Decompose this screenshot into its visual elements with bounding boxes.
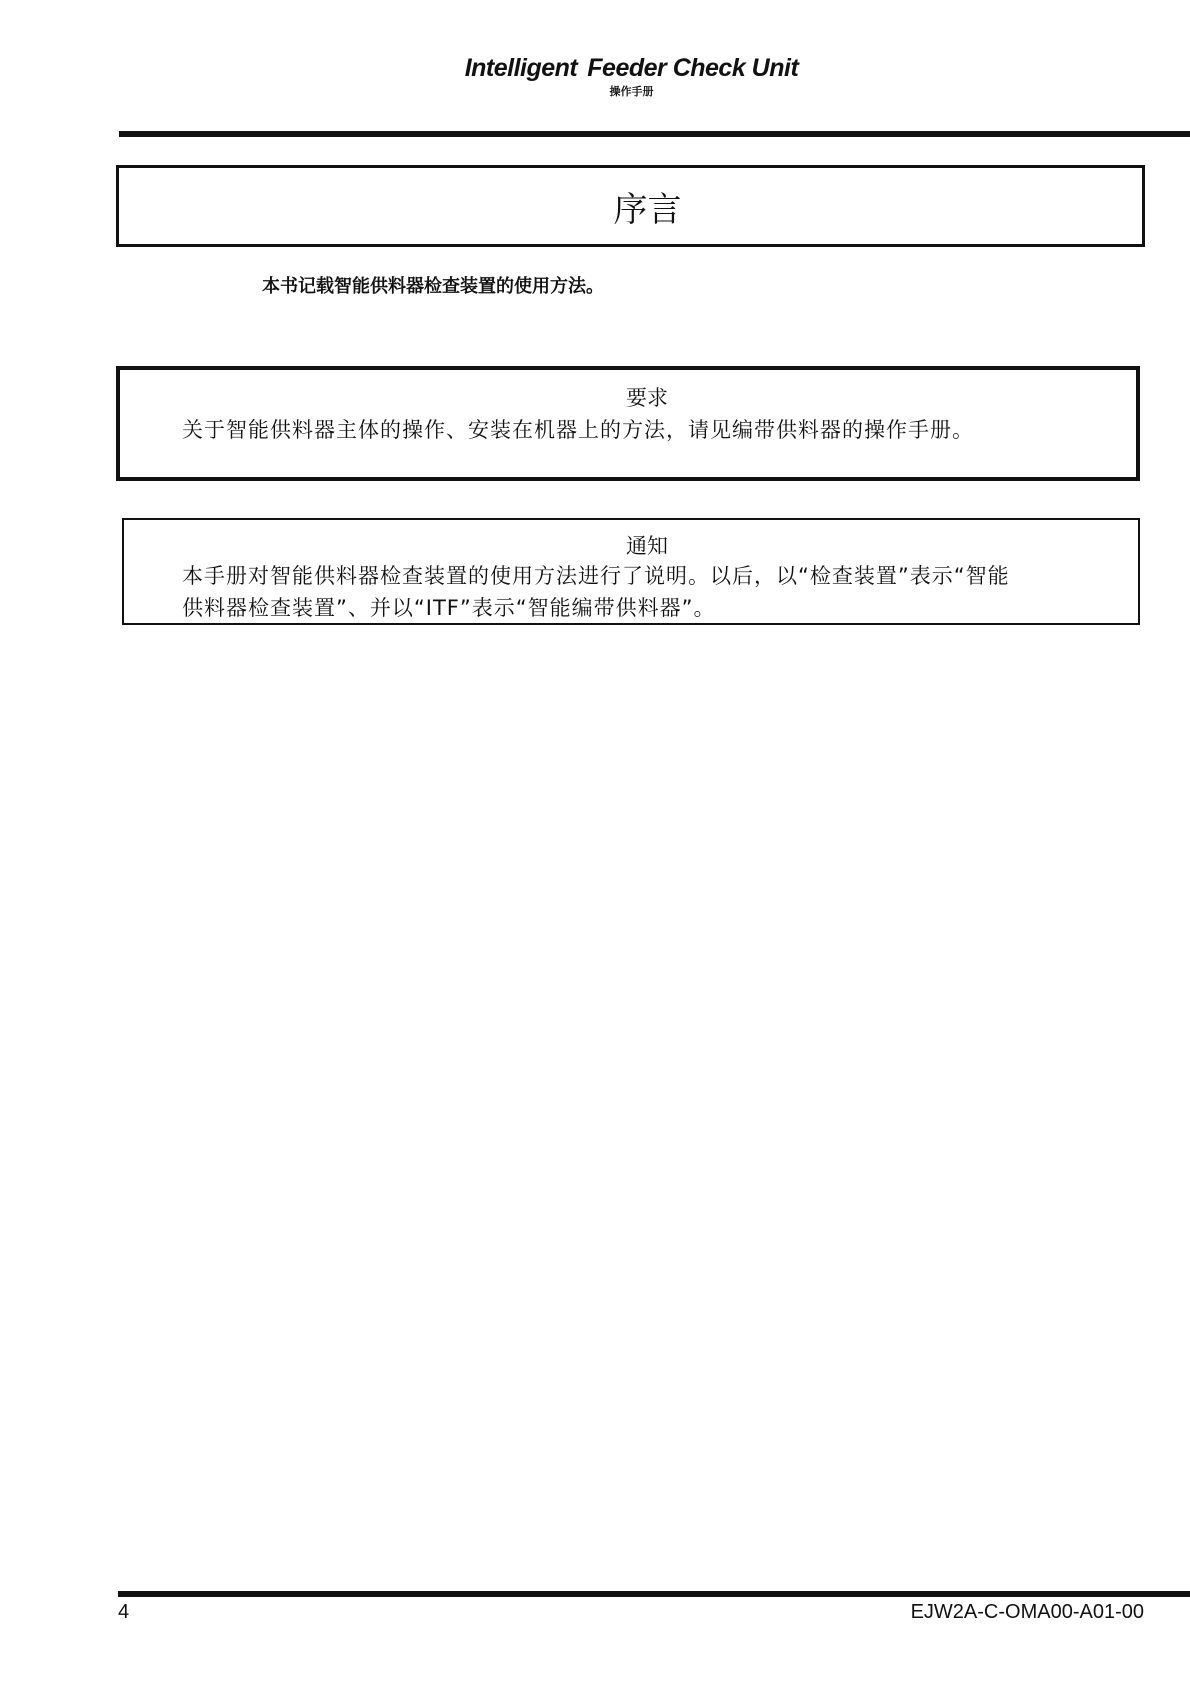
requirement-heading: 要求 (120, 382, 1136, 412)
requirement-body: 关于智能供料器主体的操作、安装在机器上的方法，请见编带供料器的操作手册。 (182, 414, 974, 444)
header-divider (119, 131, 1190, 137)
section-title-box: 序言 (116, 165, 1145, 247)
notice-line-1: 本手册对智能供料器检查装置的使用方法进行了说明。以后，以“检查装置”表示“智能 (182, 560, 1010, 592)
notice-body: 本手册对智能供料器检查装置的使用方法进行了说明。以后，以“检查装置”表示“智能 … (182, 560, 1010, 624)
header-title-part1: Intelligent (465, 54, 578, 82)
footer-divider (118, 1591, 1190, 1597)
requirement-box: 要求 关于智能供料器主体的操作、安装在机器上的方法，请见编带供料器的操作手册。 (116, 366, 1140, 481)
intro-paragraph: 本书记载智能供料器检查装置的使用方法。 (262, 272, 604, 298)
page-number: 4 (118, 1601, 129, 1624)
notice-box: 通知 本手册对智能供料器检查装置的使用方法进行了说明。以后，以“检查装置”表示“… (122, 518, 1140, 625)
header-title-part2: Feeder Check Unit (587, 54, 798, 82)
document-header-title: IntelligentFeeder Check Unit (0, 54, 1190, 83)
document-header-subtitle: 操作手册 (0, 83, 1190, 99)
section-title: 序言 (614, 182, 682, 231)
document-code: EJW2A-C-OMA00-A01-00 (911, 1601, 1144, 1624)
notice-line-2: 供料器检查装置”、并以“ITF”表示“智能编带供料器”。 (182, 592, 1010, 624)
notice-heading: 通知 (124, 530, 1138, 560)
